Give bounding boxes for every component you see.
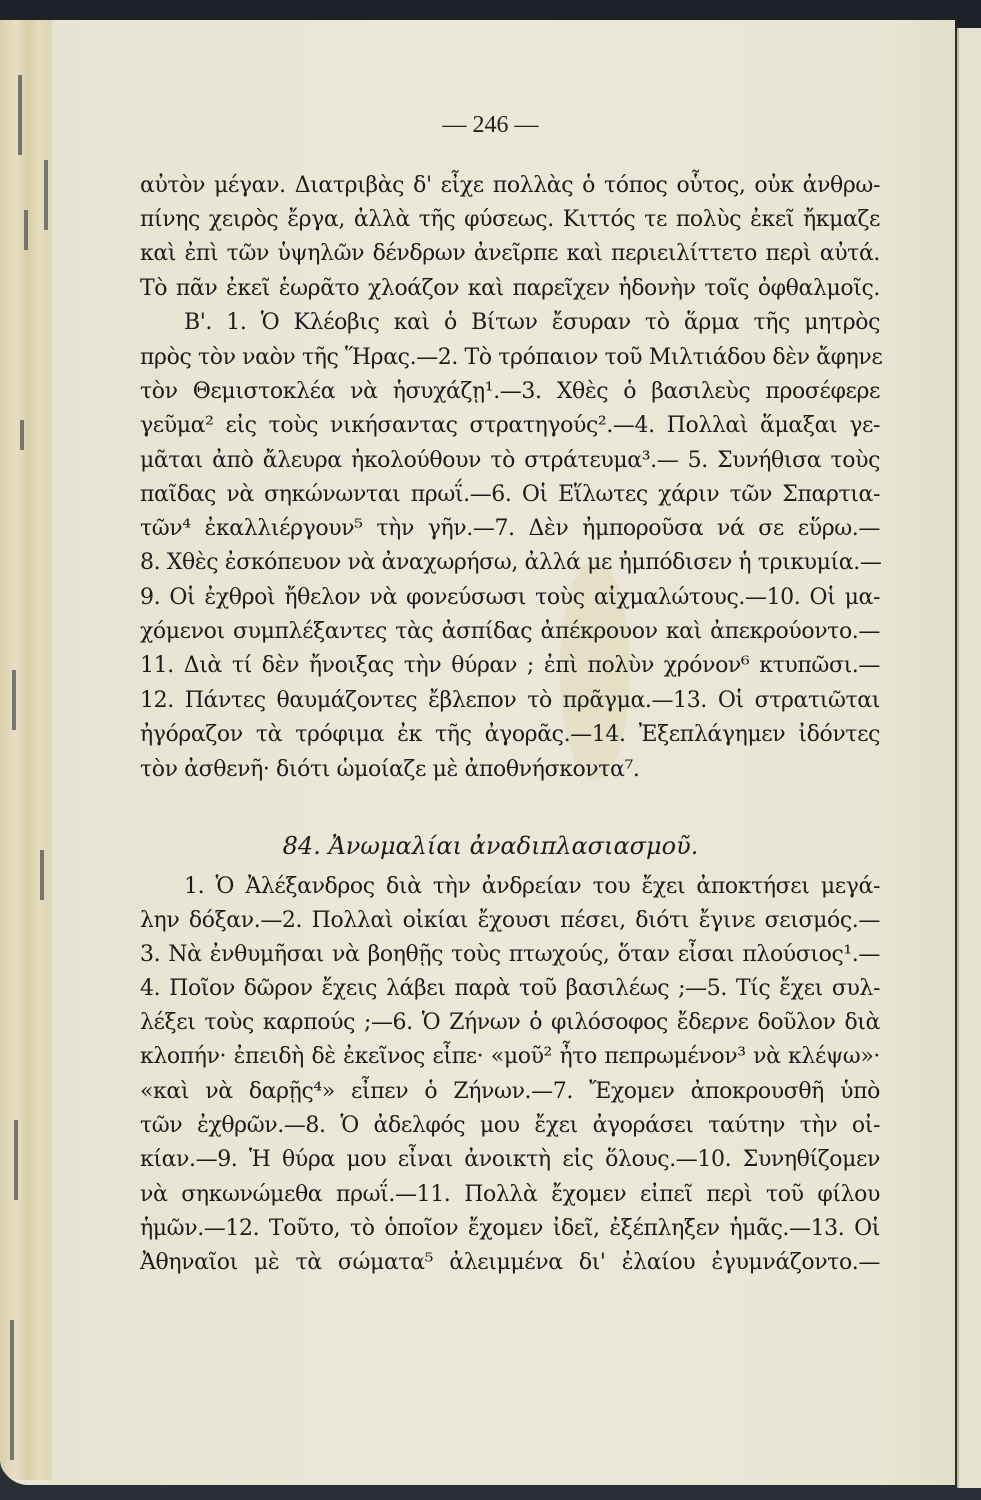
text-line: λέξει τοὺς καρπούς ;—6. Ὁ Ζήνων ὁ φιλόσο…: [140, 1009, 880, 1037]
binding-mark: [12, 670, 16, 730]
text-line: μᾶται ἀπὸ ἄλευρα ἠκολούθουν τὸ στράτευμα…: [140, 447, 880, 475]
text-line: τῶν⁴ ἐκαλλιέργουν⁵ τὴν γῆν.—7. Δὲν ἠμπορ…: [140, 515, 880, 543]
binding-mark: [14, 1120, 18, 1200]
text-line: 8. Χθὲς ἐσκόπευον νὰ ἀναχωρήσω, ἀλλά με …: [140, 549, 880, 577]
text-line: παῖδας νὰ σηκώνωνται πρωΐ.—6. Οἱ Εἵλωτες…: [140, 481, 880, 509]
text-line: τὸν Θεμιστοκλέα νὰ ἡσυχάζῃ¹.—3. Χθὲς ὁ β…: [140, 378, 880, 406]
text-line: γεῦμα² εἰς τοὺς νικήσαντας στρατηγούς².—…: [140, 412, 880, 440]
text-line: ἠγόραζον τὰ τρόφιμα ἐκ τῆς ἀγορᾶς.—14. Ἐ…: [140, 721, 880, 749]
text-line: Τὸ πᾶν ἐκεῖ ἑωρᾶτο χλοάζον καὶ παρεῖχεν …: [140, 275, 880, 303]
text-line: 9. Οἱ ἐχθροὶ ἤθελον νὰ φονεύσωσι τοὺς αἰ…: [140, 584, 880, 612]
text-line: 12. Πάντες θαυμάζοντες ἔβλεπον τὸ πρᾶγμα…: [140, 687, 880, 715]
adjacent-page-edge: [957, 28, 981, 1488]
binding-mark: [10, 1320, 14, 1460]
section-heading: 84. Ἀνωμαλίαι ἀναδιπλασιασμοῦ.: [0, 832, 981, 860]
text-line: 1. Ὁ Ἀλέξανδρος διὰ τὴν ἀνδρείαν του ἔχε…: [184, 873, 880, 901]
binding-mark: [44, 160, 48, 230]
text-line: «καὶ νὰ δαρῇς⁴» εἶπεν ὁ Ζήνων.—7. Ἔχομεν…: [140, 1078, 880, 1106]
page-number: — 246 —: [0, 112, 981, 139]
text-line: αὐτὸν μέγαν. Διατριβὰς δ' εἶχε πολλὰς ὁ …: [140, 172, 880, 200]
text-line: νὰ σηκωνώμεθα πρωΐ.—11. Πολλὰ ἔχομεν εἰπ…: [140, 1181, 880, 1209]
text-line: 3. Νὰ ἐνθυμῆσαι νὰ βοηθῇς τοὺς πτωχούς, …: [140, 941, 880, 969]
text-line: χόμενοι συμπλέξαντες τὰς ἀσπίδας ἀπέκρου…: [140, 618, 880, 646]
text-line: κίαν.—9. Ἡ θύρα μου εἶναι ἀνοικτὴ εἰς ὅλ…: [140, 1146, 880, 1174]
text-line: πρὸς τὸν ναὸν τῆς Ἥρας.—2. Τὸ τρόπαιον τ…: [140, 344, 880, 372]
text-line: καὶ ἐπὶ τῶν ὑψηλῶν δένδρων ἀνεῖρπε καὶ π…: [140, 240, 880, 268]
book-spine-gutter: [0, 20, 52, 1480]
text-line: τῶν ἐχθρῶν.—8. Ὁ ἀδελφός μου ἔχει ἀγοράσ…: [140, 1112, 880, 1140]
text-line: λην δόξαν.—2. Πολλαὶ οἰκίαι ἔχουσι πέσει…: [140, 907, 880, 935]
binding-mark: [20, 420, 24, 450]
text-line: ἡμῶν.—12. Τοῦτο, τὸ ὁποῖον ἔχομεν ἰδεῖ, …: [140, 1215, 880, 1243]
text-line: Β'. 1. Ὁ Κλέοβις καὶ ὁ Βίτων ἔσυραν τὸ ἅ…: [184, 309, 880, 337]
text-line: 4. Ποῖον δῶρον ἔχεις λάβει παρὰ τοῦ βασι…: [140, 975, 880, 1003]
text-line: τὸν ἀσθενῆ· διότι ὡμοίαζε μὲ ἀποθνήσκοντ…: [140, 756, 880, 784]
text-line: πίνης χειρὸς ἔργα, ἀλλὰ τῆς φύσεως. Κιττ…: [140, 206, 880, 234]
binding-mark: [24, 210, 28, 250]
text-line: Ἀθηναῖοι μὲ τὰ σώματα⁵ ἀλειμμένα δι' ἐλα…: [140, 1249, 880, 1277]
text-line: κλοπήν· ἐπειδὴ δὲ ἐκεῖνος εἶπε· «μοῦ² ἦτ…: [140, 1043, 880, 1071]
text-line: 11. Διὰ τί δὲν ἤνοιξας τὴν θύραν ; ἐπὶ π…: [140, 652, 880, 680]
